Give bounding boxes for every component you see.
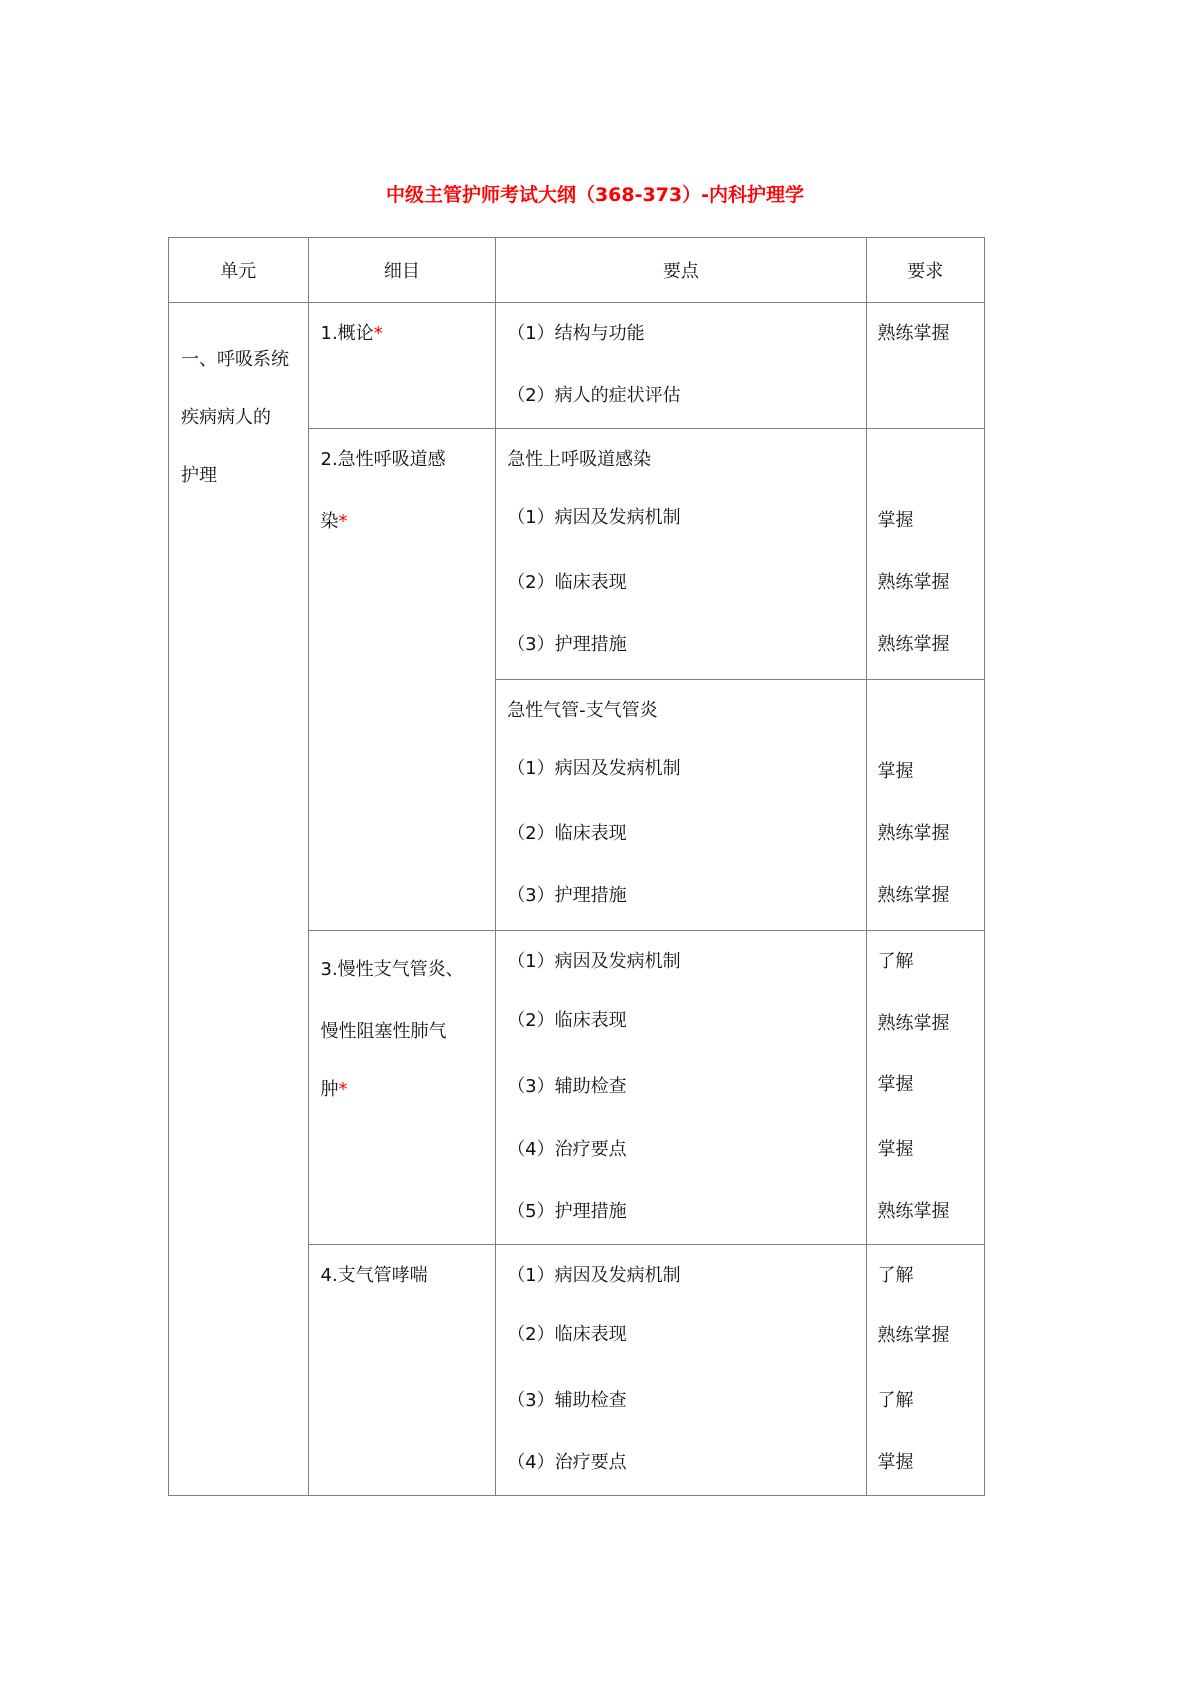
header-requirement: 要求	[866, 238, 984, 303]
point-item: （2）临床表现	[496, 819, 865, 881]
table-row: 一、呼吸系统 疾病病人的 护理 1.概论* （1）结构与功能 （2）病人的症状评…	[169, 303, 985, 429]
requirement-cell: 掌握 熟练掌握 熟练掌握	[866, 680, 984, 931]
required-star: *	[339, 1079, 348, 1100]
requirement-value: 熟练掌握	[867, 1009, 984, 1070]
requirement-cell: 熟练掌握	[866, 303, 984, 429]
header-key-points: 要点	[496, 238, 866, 303]
points-cell: （1）病因及发病机制 （2）临床表现 （3）辅助检查 （4）治疗要点 （5）护理…	[496, 931, 866, 1245]
point-item: （4）治疗要点	[496, 1135, 865, 1197]
point-item: （1）病因及发病机制	[496, 503, 865, 568]
requirement-value: 掌握	[867, 1135, 984, 1197]
point-item: （5）护理措施	[496, 1197, 865, 1223]
requirement-cell: 了解 熟练掌握 掌握 掌握 熟练掌握	[866, 931, 984, 1245]
requirement-value: 熟练掌握	[867, 568, 984, 630]
requirement-value: 掌握	[867, 506, 984, 568]
requirement-value: 掌握	[867, 1070, 984, 1135]
requirement-cell: 掌握 熟练掌握 熟练掌握	[866, 429, 984, 680]
detail-title-line: 2.急性呼吸道感	[321, 445, 496, 507]
detail-title-line: 慢性阻塞性肺气	[321, 1017, 496, 1075]
header-detail: 细目	[308, 238, 496, 303]
points-cell: （1）病因及发病机制 （2）临床表现 （3）辅助检查 （4）治疗要点	[496, 1245, 866, 1496]
syllabus-table: 单元 细目 要点 要求 一、呼吸系统 疾病病人的 护理 1.概论* （1）结构与…	[168, 237, 985, 1496]
point-group-heading: 急性上呼吸道感染	[496, 445, 865, 503]
requirement-value: 熟练掌握	[867, 881, 984, 907]
detail-cell: 2.急性呼吸道感 染*	[308, 429, 496, 931]
detail-title: 1.概论*	[321, 319, 496, 345]
point-item: （2）病人的症状评估	[496, 381, 865, 407]
point-item: （4）治疗要点	[496, 1448, 865, 1474]
detail-cell: 3.慢性支气管炎、 慢性阻塞性肺气 肿*	[308, 931, 496, 1245]
point-item: （1）病因及发病机制	[496, 1261, 865, 1320]
requirement-value: 熟练掌握	[867, 1321, 984, 1386]
detail-title-line: 肿*	[321, 1075, 496, 1101]
point-item: （3）护理措施	[496, 881, 865, 907]
detail-title-line: 染*	[321, 507, 496, 533]
required-star: *	[374, 323, 383, 344]
point-group-heading: 急性气管-支气管炎	[496, 696, 865, 754]
document-title: 中级主管护师考试大纲（368-373）-内科护理学	[0, 180, 1190, 207]
points-cell: 急性上呼吸道感染 （1）病因及发病机制 （2）临床表现 （3）护理措施	[496, 429, 866, 680]
requirement-value: 掌握	[867, 757, 984, 819]
requirement-value: 掌握	[867, 1448, 984, 1474]
point-item: （3）护理措施	[496, 630, 865, 656]
unit-cell: 一、呼吸系统 疾病病人的 护理	[169, 303, 309, 1496]
requirement-value: 熟练掌握	[867, 319, 984, 345]
requirement-value: 熟练掌握	[867, 819, 984, 881]
detail-title: 4.支气管哮喘	[321, 1261, 496, 1287]
point-item: （3）辅助检查	[496, 1072, 865, 1135]
unit-line: 疾病病人的	[181, 389, 308, 447]
point-item: （3）辅助检查	[496, 1386, 865, 1448]
unit-line: 一、呼吸系统	[181, 331, 308, 389]
table-header-row: 单元 细目 要点 要求	[169, 238, 985, 303]
detail-cell: 4.支气管哮喘	[308, 1245, 496, 1496]
requirement-value: 熟练掌握	[867, 1197, 984, 1223]
detail-title-line: 3.慢性支气管炎、	[321, 955, 496, 1017]
requirement-value: 了解	[867, 1386, 984, 1448]
required-star: *	[339, 511, 348, 532]
points-cell: （1）结构与功能 （2）病人的症状评估	[496, 303, 866, 429]
point-item: （2）临床表现	[496, 568, 865, 630]
detail-cell: 1.概论*	[308, 303, 496, 429]
requirement-cell: 了解 熟练掌握 了解 掌握	[866, 1245, 984, 1496]
header-unit: 单元	[169, 238, 309, 303]
point-item: （1）病因及发病机制	[496, 947, 865, 1006]
point-item: （1）结构与功能	[496, 319, 865, 381]
point-item: （1）病因及发病机制	[496, 754, 865, 819]
points-cell: 急性气管-支气管炎 （1）病因及发病机制 （2）临床表现 （3）护理措施	[496, 680, 866, 931]
unit-line: 护理	[181, 447, 308, 505]
requirement-value: 熟练掌握	[867, 630, 984, 656]
requirement-value: 了解	[867, 947, 984, 1009]
point-item: （2）临床表现	[496, 1320, 865, 1386]
requirement-value: 了解	[867, 1261, 984, 1321]
point-item: （2）临床表现	[496, 1006, 865, 1072]
